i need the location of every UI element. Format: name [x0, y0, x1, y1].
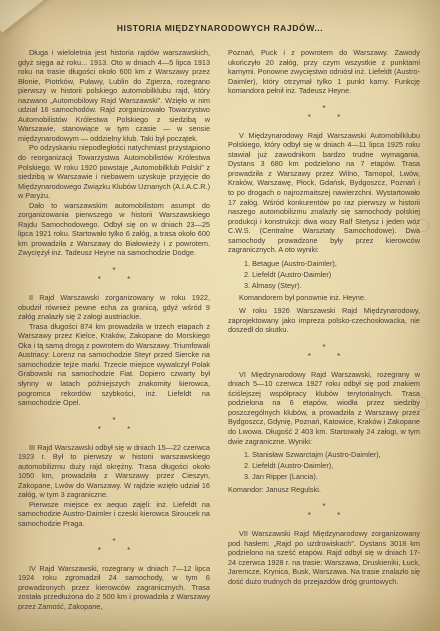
- right-column: Poznań, Puck i z powrotem do Warszawy. Z…: [228, 48, 420, 611]
- separator-asterisks: * *: [18, 546, 210, 555]
- paragraph-rally-iii: III Rajd Warszawski odbył się w dniach 1…: [18, 443, 210, 500]
- paragraph-1926-cancelled: W roku 1926 Warszawski Rajd Międzynarodo…: [228, 306, 420, 335]
- result-item: 2. Liefeldt (Austro-Daimler): [244, 270, 420, 280]
- rally-v-results-list: 1. Betague (Austro-Daimler), 2. Liefeldt…: [244, 259, 420, 291]
- two-column-text: Długa i wieloletnia jest historia rajdów…: [18, 48, 420, 611]
- section-separator: * * *: [228, 104, 420, 122]
- result-item: 2. Liefeldt (Austro-Daimler),: [244, 461, 420, 471]
- paragraph-independence: Po odzyskaniu niepodległości natychmiast…: [18, 143, 210, 200]
- separator-asterisks: * *: [18, 275, 210, 284]
- paragraph-rally-vi: VI Międzynarodowy Rajd Warszawski, rozeg…: [228, 370, 420, 446]
- result-item: 1. Stanisław Szwarctajm (Austro-Daimler)…: [244, 450, 420, 460]
- section-separator: * * *: [18, 537, 210, 555]
- paragraph-rally-ii: II Rajd Warszawski zorganizowany w roku …: [18, 293, 210, 322]
- section-separator: * * *: [18, 266, 210, 284]
- result-item: 3. Almasy (Steyr).: [244, 281, 420, 291]
- separator-asterisks: * *: [228, 352, 420, 361]
- separator-asterisk: *: [18, 416, 210, 425]
- paragraph-commander-heyne: Komandorem był ponownie inż. Heyne.: [228, 293, 420, 303]
- result-item: 1. Betague (Austro-Daimler),: [244, 259, 420, 269]
- section-separator: * * *: [228, 502, 420, 520]
- paragraph-rally-iii-results: Pierwsze miejsce ex aequo zajęli: inż. L…: [18, 500, 210, 529]
- separator-asterisk: *: [18, 537, 210, 546]
- paragraph-history-intro: Długa i wieloletnia jest historia rajdów…: [18, 48, 210, 143]
- page-title: HISTORIA MIĘDZYNARODOWYCH RAJDÓW...: [0, 23, 440, 33]
- separator-asterisks: * *: [228, 113, 420, 122]
- paragraph-first-rally: Dało to warszawskim automobilistom asump…: [18, 201, 210, 258]
- section-separator: * * *: [18, 416, 210, 434]
- paragraph-rally-iv: IV Rajd Warszawski, rozegrany w dniach 7…: [18, 564, 210, 612]
- paragraph-rally-vii: VII Warszawski Rajd Międzynarodowy zorga…: [228, 529, 420, 586]
- separator-asterisk: *: [228, 502, 420, 511]
- section-separator: * * *: [228, 343, 420, 361]
- document-page: HISTORIA MIĘDZYNARODOWYCH RAJDÓW... Dług…: [0, 0, 440, 631]
- separator-asterisk: *: [228, 104, 420, 113]
- paragraph-rally-v: V Międzynarodowy Rajd Warszawski Automob…: [228, 131, 420, 255]
- separator-asterisk: *: [18, 266, 210, 275]
- separator-asterisk: *: [228, 343, 420, 352]
- separator-asterisks: * *: [228, 511, 420, 520]
- separator-asterisks: * *: [18, 425, 210, 434]
- rally-vi-results-list: 1. Stanisław Szwarctajm (Austro-Daimler)…: [244, 450, 420, 482]
- paragraph-rally-iv-continued: Poznań, Puck i z powrotem do Warszawy. Z…: [228, 48, 420, 96]
- left-column: Długa i wieloletnia jest historia rajdów…: [18, 48, 210, 611]
- paragraph-rally-ii-route: Trasa długości 874 km prowadziła w trzec…: [18, 322, 210, 408]
- result-item: 3. Jan Ripper (Lancia).: [244, 472, 420, 482]
- paragraph-commander-regulski: Komandor: Janusz Regulski.: [228, 485, 420, 495]
